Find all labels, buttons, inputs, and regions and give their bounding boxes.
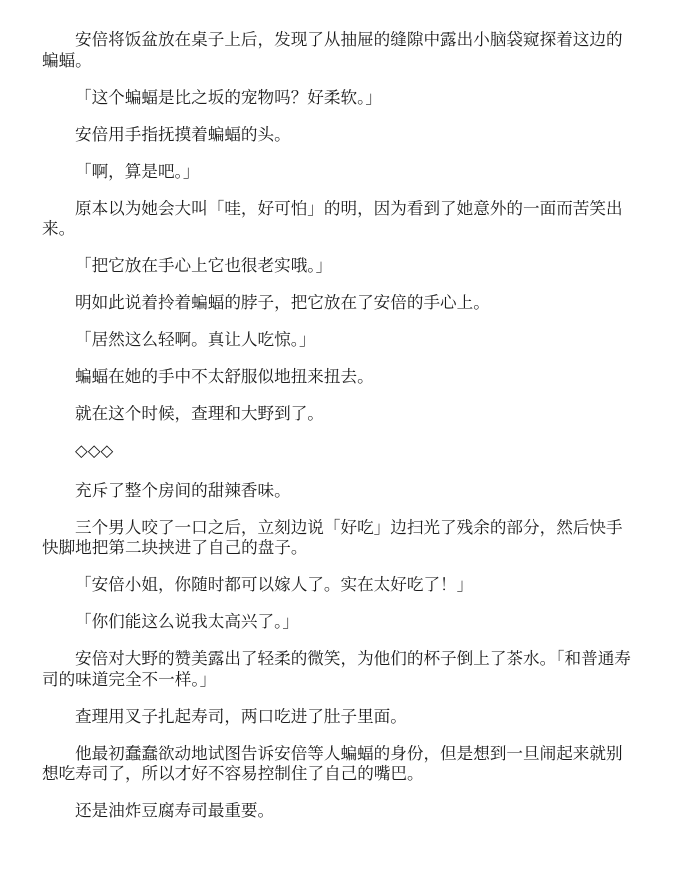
paragraph: 充斥了整个房间的甜辣香味。: [42, 481, 632, 502]
paragraph: 明如此说着拎着蝙蝠的脖子，把它放在了安倍的手心上。: [42, 293, 632, 314]
dialogue-paragraph: 「啊，算是吧。」: [42, 162, 632, 183]
paragraph: 三个男人咬了一口之后，立刻边说「好吃」边扫光了残余的部分，然后快手快脚地把第二块…: [42, 518, 632, 559]
paragraph: 安倍将饭盆放在桌子上后，发现了从抽屉的缝隙中露出小脑袋窥探着这边的蝙蝠。: [42, 30, 632, 71]
dialogue-paragraph: 「这个蝙蝠是比之坂的宠物吗？好柔软。」: [42, 88, 632, 109]
dialogue-paragraph: 「你们能这么说我太高兴了。」: [42, 612, 632, 633]
paragraph: 查理用叉子扎起寿司，两口吃进了肚子里面。: [42, 707, 632, 728]
section-separator: ◇◇◇: [42, 441, 632, 462]
document-page: 安倍将饭盆放在桌子上后，发现了从抽屉的缝隙中露出小脑袋窥探着这边的蝙蝠。 「这个…: [42, 30, 632, 838]
paragraph: 原本以为她会大叫「哇，好可怕」的明，因为看到了她意外的一面而苦笑出来。: [42, 199, 632, 240]
paragraph: 就在这个时候，查理和大野到了。: [42, 404, 632, 425]
paragraph: 蝙蝠在她的手中不太舒服似地扭来扭去。: [42, 367, 632, 388]
paragraph: 他最初蠢蠢欲动地试图告诉安倍等人蝙蝠的身份，但是想到一旦闹起来就别想吃寿司了，所…: [42, 744, 632, 785]
paragraph: 安倍对大野的赞美露出了轻柔的微笑，为他们的杯子倒上了茶水。「和普通寿司的味道完全…: [42, 649, 632, 690]
dialogue-paragraph: 「居然这么轻啊。真让人吃惊。」: [42, 330, 632, 351]
paragraph: 安倍用手指抚摸着蝙蝠的头。: [42, 125, 632, 146]
dialogue-paragraph: 「把它放在手心上它也很老实哦。」: [42, 256, 632, 277]
dialogue-paragraph: 「安倍小姐，你随时都可以嫁人了。实在太好吃了！」: [42, 575, 632, 596]
paragraph: 还是油炸豆腐寿司最重要。: [42, 801, 632, 822]
